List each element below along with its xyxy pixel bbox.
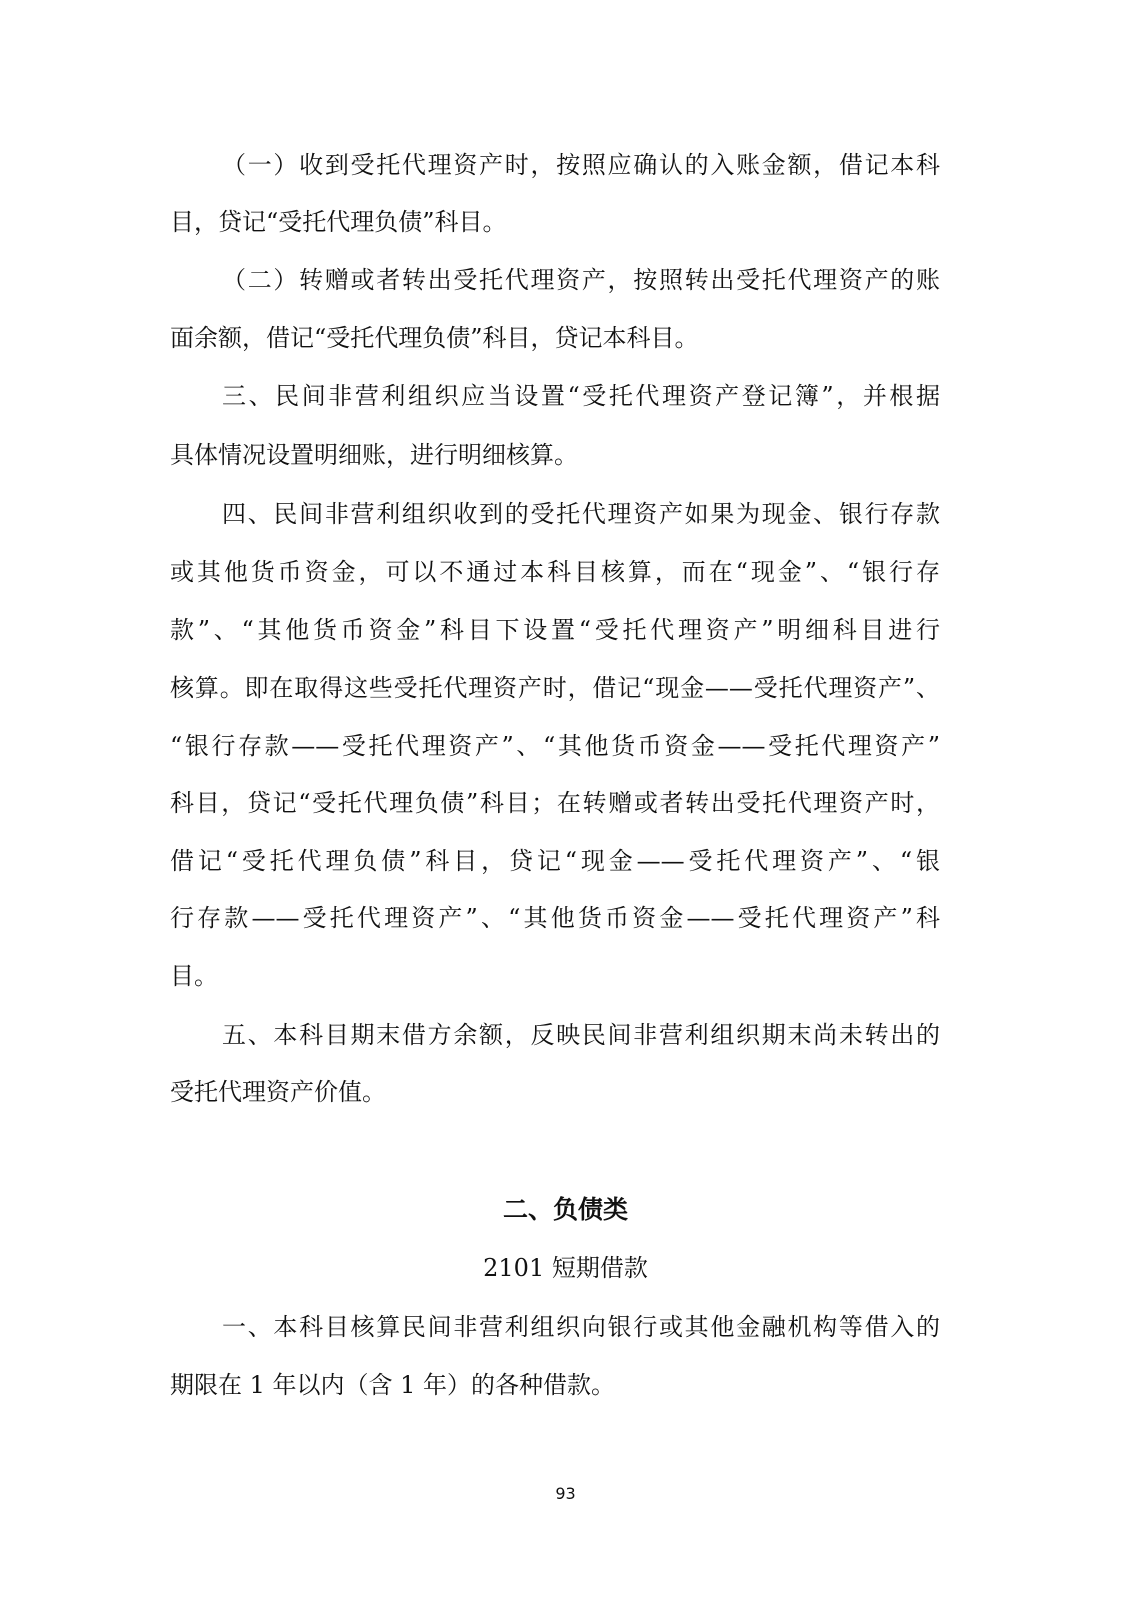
paragraph-4-line-5: “银行存款——受托代理资产”、“其他货币资金——受托代理资产” <box>170 726 940 766</box>
page-number: 93 <box>0 1482 1131 1506</box>
paragraph-6-line-1: 一、本科目核算民间非营利组织向银行或其他金融机构等借入的 <box>222 1307 940 1347</box>
paragraph-6-line-2: 期限在 1 年以内（含 1 年）的各种借款。 <box>170 1365 940 1405</box>
paragraph-3-line-2: 具体情况设置明细账，进行明细核算。 <box>170 435 940 475</box>
paragraph-2-line-2: 面余额，借记“受托代理负债”科目，贷记本科目。 <box>170 318 940 358</box>
paragraph-2-line-1: （二）转赠或者转出受托代理资产，按照转出受托代理资产的账 <box>222 260 940 300</box>
paragraph-4-line-2: 或其他货币资金，可以不通过本科目核算，而在“现金”、“银行存 <box>170 552 940 592</box>
paragraph-4-line-4: 核算。即在取得这些受托代理资产时，借记“现金——受托代理资产”、 <box>170 668 940 708</box>
account-title: 2101 短期借款 <box>0 1248 1131 1288</box>
paragraph-4-line-8: 行存款——受托代理资产”、“其他货币资金——受托代理资产”科 <box>170 898 940 938</box>
paragraph-4-line-9: 目。 <box>170 956 940 996</box>
section-heading: 二、负债类 <box>0 1190 1131 1230</box>
paragraph-5-line-1: 五、本科目期末借方余额，反映民间非营利组织期末尚未转出的 <box>222 1015 940 1055</box>
paragraph-4-line-1: 四、民间非营利组织收到的受托代理资产如果为现金、银行存款 <box>222 494 940 534</box>
paragraph-4-line-6: 科目，贷记“受托代理负债”科目；在转赠或者转出受托代理资产时， <box>170 783 940 823</box>
paragraph-1-line-2: 目，贷记“受托代理负债”科目。 <box>170 202 940 242</box>
paragraph-4-line-3: 款”、“其他货币资金”科目下设置“受托代理资产”明细科目进行 <box>170 610 940 650</box>
paragraph-4-line-7: 借记“受托代理负债”科目，贷记“现金——受托代理资产”、“银 <box>170 841 940 881</box>
paragraph-1-line-1: （一）收到受托代理资产时，按照应确认的入账金额，借记本科 <box>222 145 940 185</box>
paragraph-3-line-1: 三、民间非营利组织应当设置“受托代理资产登记簿”，并根据 <box>222 376 940 416</box>
document-page: （一）收到受托代理资产时，按照应确认的入账金额，借记本科 目，贷记“受托代理负债… <box>0 0 1131 1600</box>
paragraph-5-line-2: 受托代理资产价值。 <box>170 1072 940 1112</box>
